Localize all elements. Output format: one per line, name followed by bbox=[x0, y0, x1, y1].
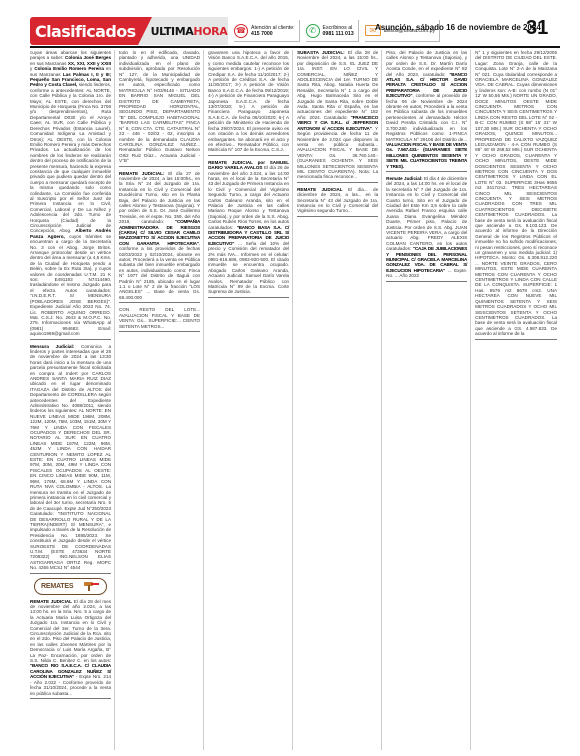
remates-section-banner: REMATES bbox=[34, 578, 107, 595]
logo-part-hora: HORA bbox=[193, 25, 227, 38]
ad-title: REMATE JUDICIAL bbox=[297, 187, 343, 192]
classified-ad: todo lo en él edificado, clavado, planta… bbox=[119, 50, 200, 167]
remates-label: REMATES bbox=[41, 583, 73, 590]
classified-ad-remate: REMATE JUDICIAL: El día 27 de noviembre … bbox=[119, 171, 200, 304]
classified-ad-remate: REMATE JUDICIAL El día 28 del mes de nov… bbox=[30, 599, 111, 699]
classified-ad: CON RESTO DEL LOTE... AVALUACION FISCAL … bbox=[119, 307, 200, 332]
contact-whatsapp: ✆ Escríbinos al0981 111 013 bbox=[306, 20, 359, 42]
classified-ad-remate: Remate Judicial: El día 4 de diciembre d… bbox=[386, 176, 467, 282]
classified-ad-remate: REMATE JUDICIAL El día... de diciembre d… bbox=[297, 187, 378, 217]
header-rule bbox=[30, 46, 560, 48]
ad-title: Mensura Judicial: bbox=[30, 344, 74, 349]
classified-ad: gravamen una hipoteca a favor de Visión … bbox=[208, 50, 289, 156]
ad-title: REMATE JUDICIAL bbox=[30, 599, 72, 604]
whatsapp-icon: ✆ bbox=[306, 24, 320, 38]
contact-whatsapp-number: 0981 111 013 bbox=[323, 31, 354, 37]
phone-icon: ☎ bbox=[234, 24, 248, 38]
column-2: todo lo en él edificado, clavado, planta… bbox=[119, 50, 204, 750]
classified-ad-subasta: SUBASTA JUDICIAL: El día 28 de Noviembre… bbox=[297, 50, 378, 183]
gavel-icon bbox=[82, 581, 100, 591]
column-6: N° 1 y siguientes en fecha 29/12/2005 de… bbox=[475, 50, 560, 750]
section-title: Clasificados bbox=[30, 17, 138, 45]
column-4: SUBASTA JUDICIAL: El día 28 de Noviembre… bbox=[297, 50, 382, 750]
column-1: cuyas áreas abarcan los siguientes paraj… bbox=[30, 50, 115, 750]
ad-title: REMATE JUDICIAL: bbox=[119, 171, 164, 176]
dateline: Asunción, sábado 16 de noviembre de 2024 bbox=[375, 23, 541, 32]
column-3: gravamen una hipoteca a favor de Visión … bbox=[208, 50, 293, 750]
contact-phone-number: 415 7000 bbox=[251, 31, 273, 37]
page-number: 31 bbox=[526, 17, 548, 40]
classified-ad-mensura: Mensura Judicial: Comunica a linderos y … bbox=[30, 344, 111, 574]
classified-ad: N° 1 y siguientes en fecha 29/12/2005 de… bbox=[475, 50, 557, 340]
logo-part-ultima: ULTIMA bbox=[151, 25, 194, 38]
classified-ad: Piso, del Palacio de Justicia en las cal… bbox=[386, 50, 467, 172]
ad-title: Remate Judicial: bbox=[386, 176, 423, 181]
classified-ad: cuyas áreas abarcan los siguientes paraj… bbox=[30, 50, 111, 340]
column-5: Piso, del Palacio de Justicia en las cal… bbox=[386, 50, 471, 750]
classifieds-columns: cuyas áreas abarcan los siguientes paraj… bbox=[30, 50, 560, 750]
classified-ad-remate: REMATE JUDICIAL por SAMUEL DARIO VARELA … bbox=[208, 160, 289, 298]
ad-title: SUBASTA JUDICIAL: bbox=[297, 50, 345, 55]
contact-phone: ☎ Atención al cliente:415 7000 bbox=[234, 20, 300, 42]
